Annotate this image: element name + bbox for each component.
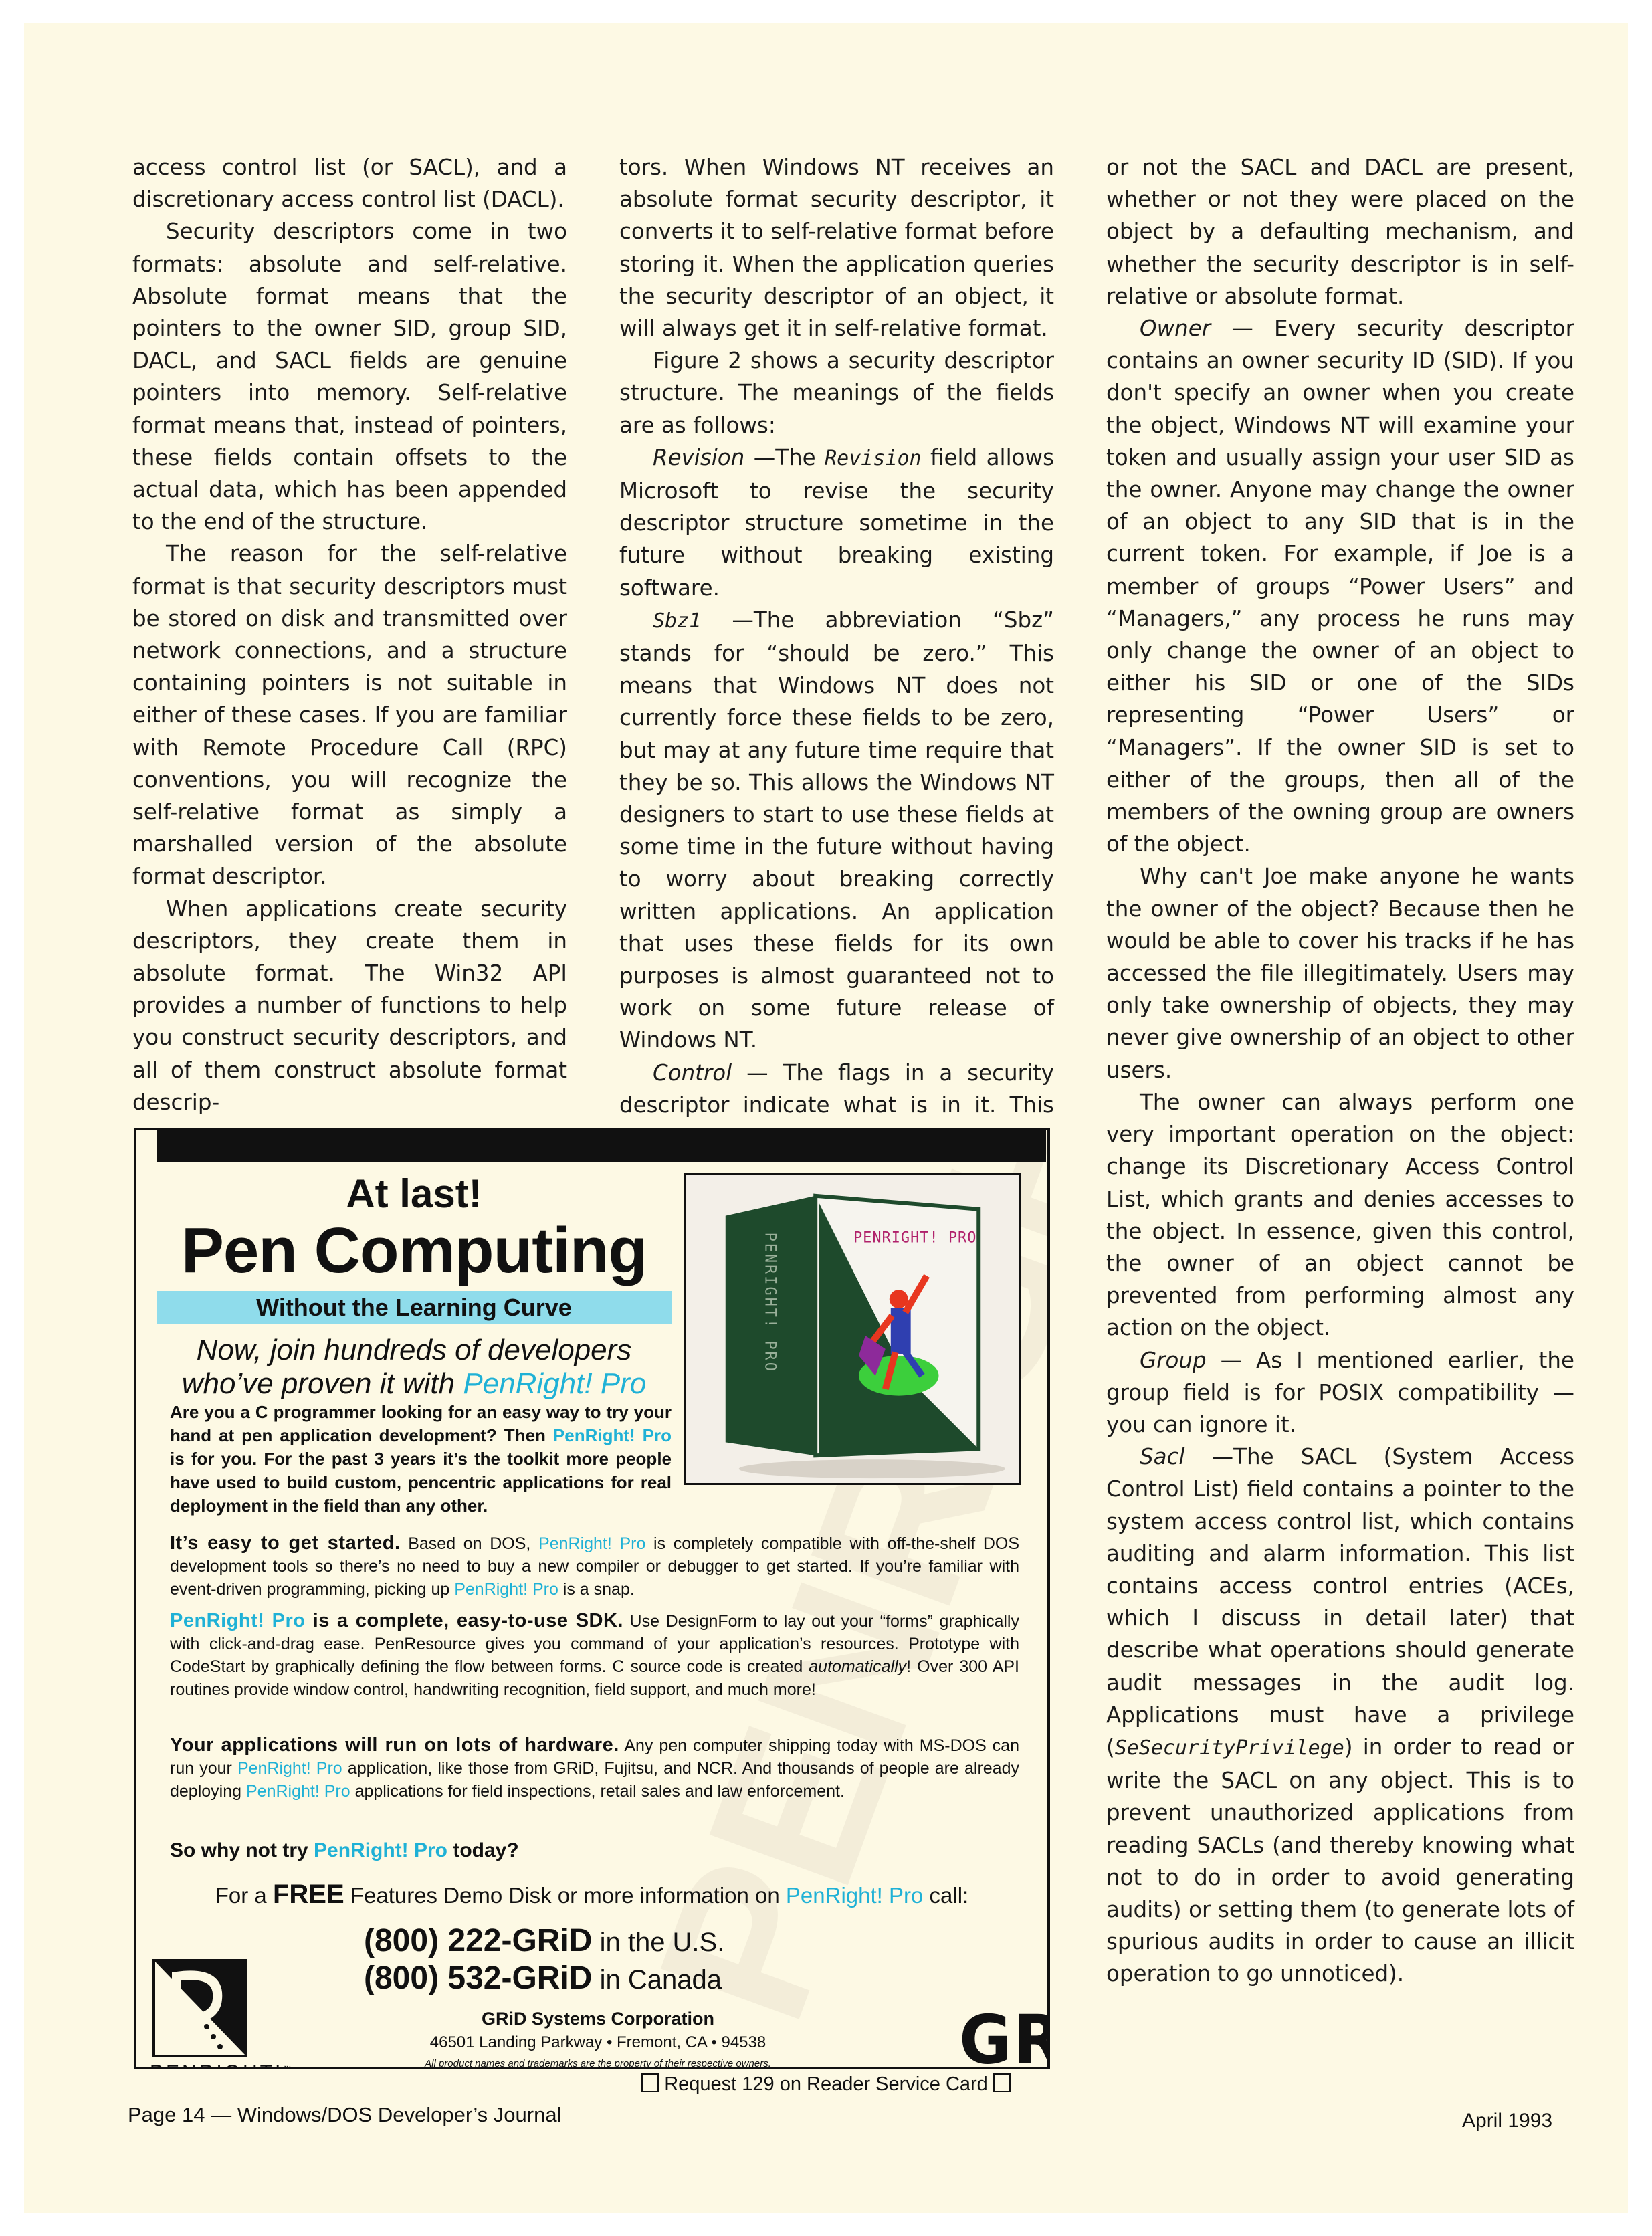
grid-logo: GRiD® <box>959 2005 1050 2070</box>
phone-numbers: (800) 222-GRiD in the U.S. (800) 532-GRi… <box>364 1923 724 1998</box>
company-name: GRiD Systems Corporation <box>391 2007 805 2031</box>
tagline: Now, join hundreds of developers who’ve … <box>157 1334 672 1401</box>
code-term: Revision <box>825 447 922 470</box>
term: Revision <box>653 445 744 470</box>
paragraph: The owner can always perform one very im… <box>1106 1086 1574 1344</box>
headline-small: At last! <box>157 1171 672 1217</box>
field-description-sacl: Sacl —The SACL (System Access Control Li… <box>1106 1441 1574 1990</box>
term: Group <box>1140 1348 1207 1373</box>
paragraph: Security descriptors come in two formats… <box>132 215 567 538</box>
svg-text:PENRIGHT! PRO: PENRIGHT! PRO <box>762 1233 779 1373</box>
ad-headline: At last! Pen Computing Without the Learn… <box>157 1171 672 1401</box>
phone-us: (800) 222-GRiD in the U.S. <box>364 1923 724 1960</box>
term: Sacl <box>1140 1444 1184 1469</box>
penright-advertisement: PENRIGHT! At last! Pen Computing Without… <box>134 1128 1050 2069</box>
paragraph: Why can't Joe make anyone he wants the o… <box>1106 860 1574 1086</box>
magazine-page: access control list (or SACL), and a dis… <box>24 23 1628 2213</box>
ad-top-bar <box>157 1130 1046 1162</box>
paragraph: or not the SACL and DACL are present, wh… <box>1106 151 1574 312</box>
ad-section-getting-started: It’s easy to get started. Based on DOS, … <box>170 1532 1019 1601</box>
company-info: GRiD Systems Corporation 46501 Landing P… <box>391 2007 805 2069</box>
trademark-note: All product names and trademarks are the… <box>391 2055 805 2069</box>
company-address: 46501 Landing Parkway • Fremont, CA • 94… <box>391 2031 805 2055</box>
ad-section-sdk: PenRight! Pro is a complete, easy-to-use… <box>170 1609 1019 1701</box>
phone-canada: (800) 532-GRiD in Canada <box>364 1960 724 1998</box>
paragraph: tors. When Windows NT receives an absolu… <box>619 151 1054 344</box>
paragraph: The reason for the self-relative format … <box>132 538 567 892</box>
software-box-illustration: PENRIGHT! PRO PENRIGHT! PRO <box>686 1175 1019 1483</box>
term: Control <box>653 1060 732 1086</box>
paragraph: When applications create security descri… <box>132 893 567 1118</box>
penright-logo-icon <box>150 1956 250 2060</box>
call-to-action: So why not try PenRight! Pro today? <box>170 1839 519 1862</box>
code-term: SeSecurityPrivilege <box>1115 1736 1344 1760</box>
field-description-sbz1: Sbz1 —The abbreviation “Sbz” stands for … <box>619 604 1054 1057</box>
ad-section-hardware: Your applications will run on lots of ha… <box>170 1734 1019 1803</box>
free-demo-offer: For a FREE Features Demo Disk or more in… <box>136 1879 1047 1910</box>
term: Owner <box>1140 316 1211 341</box>
ad-intro-text: Are you a C programmer looking for an ea… <box>170 1401 672 1518</box>
penright-wordmark: PENRIGHT!™ <box>150 2061 294 2069</box>
term: Sbz1 <box>653 609 701 633</box>
checkbox-icon <box>641 2073 659 2092</box>
field-description-group: Group — As I mentioned earlier, the grou… <box>1106 1344 1574 1441</box>
paragraph: access control list (or SACL), and a dis… <box>132 151 567 215</box>
page-footer-label: Page 14 — Windows/DOS Developer’s Journa… <box>128 2103 561 2127</box>
article-column-1: access control list (or SACL), and a dis… <box>132 151 567 1118</box>
article-column-2: tors. When Windows NT receives an absolu… <box>619 151 1054 1153</box>
headline-big: Pen Computing <box>157 1217 672 1284</box>
reader-service-line: Request 129 on Reader Service Card <box>24 2073 1628 2096</box>
checkbox-icon <box>993 2073 1011 2092</box>
product-name: PenRight! Pro <box>463 1367 646 1400</box>
field-description-revision: Revision —The Revision field allows Micr… <box>619 441 1054 604</box>
product-box-image: PENRIGHT! PRO PENRIGHT! PRO <box>684 1173 1021 1485</box>
paragraph: Figure 2 shows a security descriptor str… <box>619 344 1054 441</box>
page-footer-date: April 1993 <box>1462 2110 1552 2132</box>
field-description-owner: Owner — Every security descriptor contai… <box>1106 312 1574 860</box>
subhead-banner: Without the Learning Curve <box>157 1291 672 1324</box>
svg-text:PENRIGHT! PRO: PENRIGHT! PRO <box>853 1230 976 1247</box>
article-column-3: or not the SACL and DACL are present, wh… <box>1106 151 1574 1991</box>
